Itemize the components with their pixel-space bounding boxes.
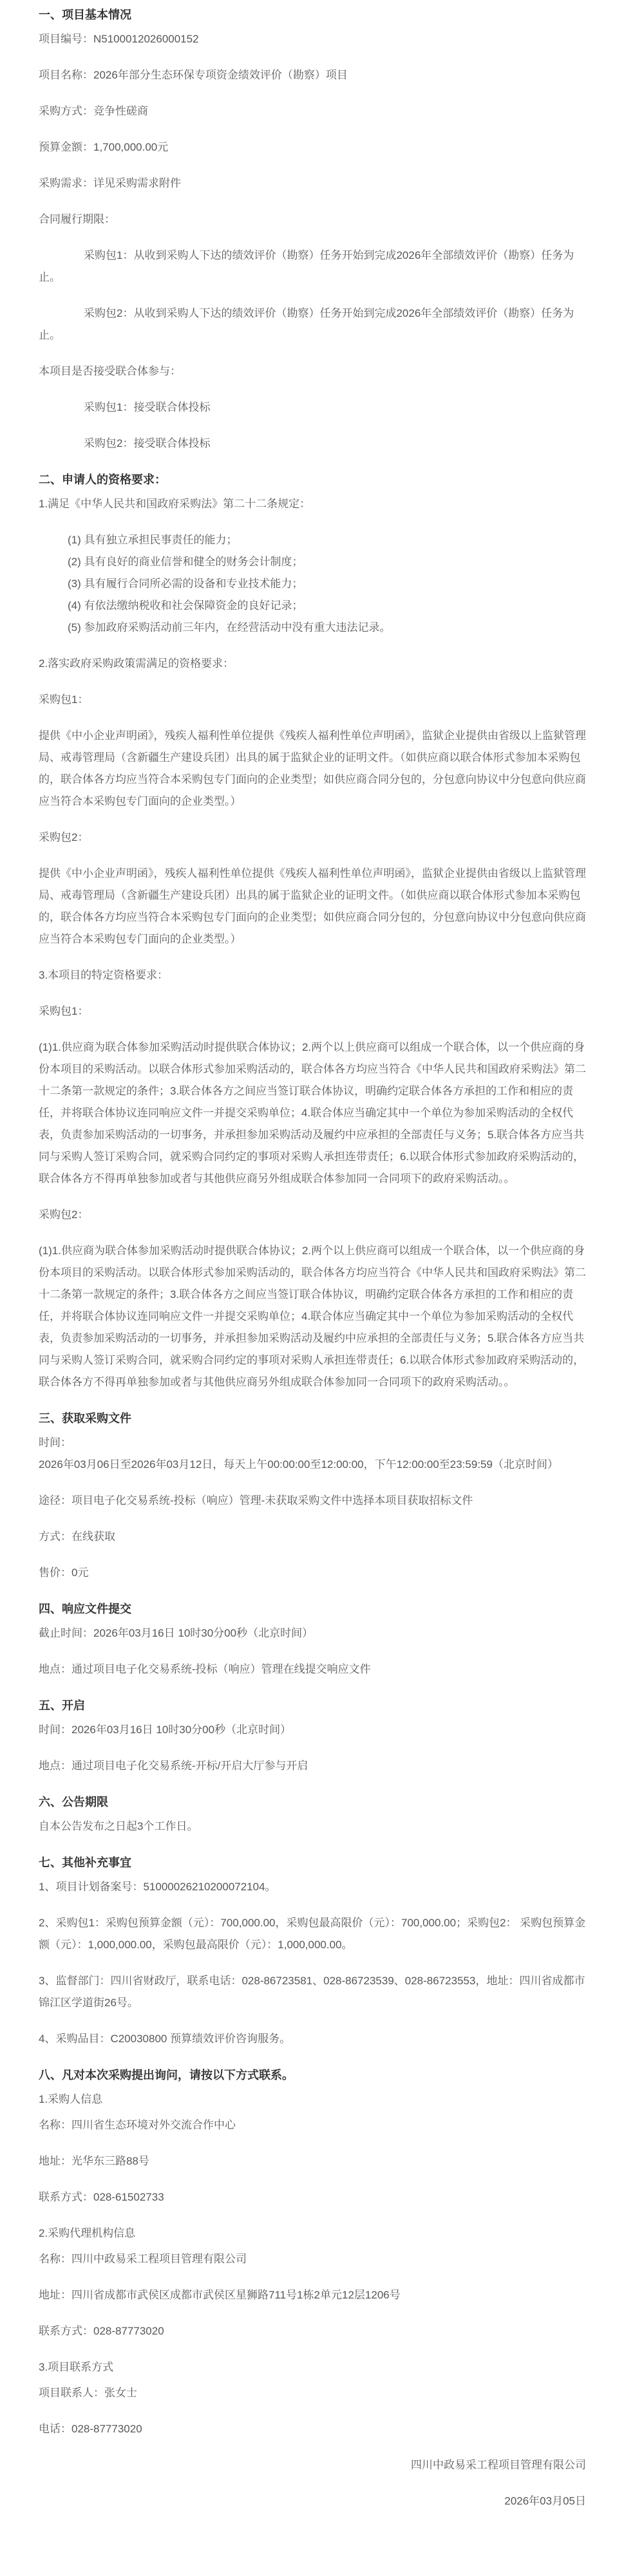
demand-value: 详见采购需求附件 xyxy=(93,177,181,189)
project-contact-subheading: 3.项目联系方式 xyxy=(39,2356,586,2378)
agent-name: 名称：四川中政易采工程项目管理有限公司 xyxy=(39,2248,586,2270)
agent-contact: 联系方式：028-87773020 xyxy=(39,2320,586,2342)
doc-obtain-price: 售价：0元 xyxy=(39,1562,586,1584)
buyer-contact: 联系方式：028-61502733 xyxy=(39,2186,586,2208)
buyer-address-label: 地址： xyxy=(39,2155,71,2167)
submission-place: 地点：通过项目电子化交易系统-投标（响应）管理在线提交响应文件 xyxy=(39,1659,586,1680)
specific-qualification-intro: 3.本项目的特定资格要求： xyxy=(39,964,586,986)
specific-package2-text: (1)1.供应商为联合体参加采购活动时提供联合体协议；2.两个以上供应商可以组成… xyxy=(39,1240,586,1393)
section-8-heading: 八、凡对本次采购提出询问，请按以下方式联系。 xyxy=(39,2064,586,2086)
opening-place-value: 通过项目电子化交易系统-开标/开启大厅参与开启 xyxy=(71,1760,308,1772)
procurement-announcement-document: 一、项目基本情况 项目编号：N5100012026000152 项目名称：202… xyxy=(0,0,624,2576)
project-contact-phone-value: 028-87773020 xyxy=(71,2423,142,2435)
section-7-heading: 七、其他补充事宜 xyxy=(39,1852,586,1874)
doc-obtain-method-value: 在线获取 xyxy=(71,1530,115,1543)
field-demand: 采购需求：详见采购需求附件 xyxy=(39,173,586,194)
submission-deadline-label: 截止时间： xyxy=(39,1627,93,1639)
supplement-item-3: 3、监督部门：四川省财政厅，联系电话：028-86723581、028-8672… xyxy=(39,1970,586,2014)
submission-place-value: 通过项目电子化交易系统-投标（响应）管理在线提交响应文件 xyxy=(71,1663,371,1675)
policy-package1-label: 采购包1： xyxy=(39,689,586,711)
section-1-heading: 一、项目基本情况 xyxy=(39,4,586,26)
buyer-name-value: 四川省生态环境对外交流合作中心 xyxy=(71,2119,236,2131)
announcement-period-text: 自本公告发布之日起3个工作日。 xyxy=(39,1816,586,1838)
agent-info-subheading: 2.采购代理机构信息 xyxy=(39,2223,586,2244)
qualification-item-1: (1) 具有独立承担民事责任的能力； xyxy=(39,529,586,551)
opening-place-label: 地点： xyxy=(39,1760,71,1772)
buyer-address-value: 光华东三路88号 xyxy=(71,2155,149,2167)
doc-obtain-method-label: 方式： xyxy=(39,1530,71,1543)
project-contact-phone-label: 电话： xyxy=(39,2423,71,2435)
package2-joint-bid: 采购包2：接受联合体投标 xyxy=(39,433,586,455)
package1-joint-bid: 采购包1：接受联合体投标 xyxy=(39,397,586,418)
project-contact-person-label: 项目联系人： xyxy=(39,2387,104,2399)
budget-label: 预算金额： xyxy=(39,141,93,153)
policy-qualification-intro: 2.落实政府采购政策需满足的资格要求： xyxy=(39,653,586,675)
section-5-heading: 五、开启 xyxy=(39,1695,586,1716)
field-project-code: 项目编号：N5100012026000152 xyxy=(39,28,586,50)
opening-time: 时间：2026年03月16日 10时30分00秒（北京时间） xyxy=(39,1719,586,1741)
field-project-name: 项目名称：2026年部分生态环保专项资金绩效评价（勘察）项目 xyxy=(39,64,586,86)
qualification-item-5: (5) 参加政府采购活动前三年内，在经营活动中没有重大违法记录。 xyxy=(39,617,586,639)
policy-package2-text: 提供《中小企业声明函》，残疾人福利性单位提供《残疾人福利性单位声明函》，监狱企业… xyxy=(39,863,586,950)
section-6-heading: 六、公告期限 xyxy=(39,1791,586,1813)
project-code-label: 项目编号： xyxy=(39,33,93,45)
doc-obtain-price-value: 0元 xyxy=(71,1566,88,1579)
qualification-law-intro: 1.满足《中华人民共和国政府采购法》第二十二条规定： xyxy=(39,493,586,515)
specific-package2-label: 采购包2： xyxy=(39,1204,586,1226)
package1-duration: 采购包1：从收到采购人下达的绩效评价（勘察）任务开始到完成2026年全部绩效评价… xyxy=(39,245,586,288)
policy-package1-text: 提供《中小企业声明函》，残疾人福利性单位提供《残疾人福利性单位声明函》，监狱企业… xyxy=(39,725,586,813)
policy-package2-label: 采购包2： xyxy=(39,827,586,849)
buyer-name-label: 名称： xyxy=(39,2119,71,2131)
section-3-heading: 三、获取采购文件 xyxy=(39,1407,586,1429)
agent-name-label: 名称： xyxy=(39,2253,71,2265)
specific-package1-label: 采购包1： xyxy=(39,1001,586,1022)
project-contact-phone: 电话：028-87773020 xyxy=(39,2418,586,2440)
agent-contact-value: 028-87773020 xyxy=(93,2325,164,2337)
doc-obtain-route-value: 项目电子化交易系统-投标（响应）管理-未获取采购文件中选择本项目获取招标文件 xyxy=(71,1494,473,1507)
buyer-name: 名称：四川省生态环境对外交流合作中心 xyxy=(39,2114,586,2136)
buyer-info-subheading: 1.采购人信息 xyxy=(39,2089,586,2111)
project-name-label: 项目名称： xyxy=(39,69,93,81)
submission-place-label: 地点： xyxy=(39,1663,71,1675)
supplement-item-4: 4、采购品目：C20030800 预算绩效评价咨询服务。 xyxy=(39,2028,586,2050)
agent-contact-label: 联系方式： xyxy=(39,2325,93,2337)
project-contact-person-value: 张女士 xyxy=(104,2387,137,2399)
supplement-item-2: 2、采购包1：采购包预算金额（元）：700,000.00，采购包最高限价（元）：… xyxy=(39,1912,586,1956)
qualification-item-2: (2) 具有良好的商业信誉和健全的财务会计制度； xyxy=(39,551,586,573)
buyer-address: 地址：光华东三路88号 xyxy=(39,2150,586,2172)
buyer-contact-value: 028-61502733 xyxy=(93,2191,164,2203)
doc-obtain-route-label: 途径： xyxy=(39,1494,71,1507)
procurement-method-label: 采购方式： xyxy=(39,105,93,117)
opening-time-value: 2026年03月16日 10时30分00秒（北京时间） xyxy=(71,1724,291,1736)
demand-label: 采购需求： xyxy=(39,177,93,189)
specific-package1-text: (1)1.供应商为联合体参加采购活动时提供联合体协议；2.两个以上供应商可以组成… xyxy=(39,1037,586,1190)
qualification-item-3: (3) 具有履行合同所必需的设备和专业技术能力； xyxy=(39,573,586,595)
footer-agency-signature: 四川中政易采工程项目管理有限公司 xyxy=(39,2454,586,2476)
package2-duration: 采购包2：从收到采购人下达的绩效评价（勘察）任务开始到完成2026年全部绩效评价… xyxy=(39,303,586,346)
footer-date: 2026年03月05日 xyxy=(39,2490,586,2512)
agent-address: 地址：四川省成都市武侯区成都市武侯区星狮路711号1栋2单元12层1206号 xyxy=(39,2284,586,2306)
section-4-heading: 四、响应文件提交 xyxy=(39,1598,586,1620)
field-budget: 预算金额：1,700,000.00元 xyxy=(39,136,586,158)
agent-address-value: 四川省成都市武侯区成都市武侯区星狮路711号1栋2单元12层1206号 xyxy=(71,2289,401,2301)
qualification-item-4: (4) 有依法缴纳税收和社会保障资金的良好记录； xyxy=(39,595,586,617)
opening-time-label: 时间： xyxy=(39,1724,71,1736)
field-procurement-method: 采购方式：竞争性磋商 xyxy=(39,100,586,122)
procurement-method-value: 竞争性磋商 xyxy=(93,105,148,117)
agent-name-value: 四川中政易采工程项目管理有限公司 xyxy=(71,2253,247,2265)
supplement-item-1: 1、项目计划备案号：51000026210200072104。 xyxy=(39,1876,586,1898)
doc-obtain-time-value: 2026年03月06日至2026年03月12日，每天上午00:00:00至12:… xyxy=(39,1458,558,1471)
submission-deadline: 截止时间：2026年03月16日 10时30分00秒（北京时间） xyxy=(39,1622,586,1644)
buyer-contact-label: 联系方式： xyxy=(39,2191,93,2203)
agent-address-label: 地址： xyxy=(39,2289,71,2301)
opening-place: 地点：通过项目电子化交易系统-开标/开启大厅参与开启 xyxy=(39,1755,586,1777)
doc-obtain-time: 时间：2026年03月06日至2026年03月12日，每天上午00:00:00至… xyxy=(39,1432,586,1476)
doc-obtain-price-label: 售价： xyxy=(39,1566,71,1579)
doc-obtain-route: 途径：项目电子化交易系统-投标（响应）管理-未获取采购文件中选择本项目获取招标文… xyxy=(39,1490,586,1512)
budget-value: 1,700,000.00元 xyxy=(93,141,168,153)
joint-bid-label: 本项目是否接受联合体参与： xyxy=(39,361,586,382)
project-name-value: 2026年部分生态环保专项资金绩效评价（勘察）项目 xyxy=(93,69,348,81)
section-2-heading: 二、申请人的资格要求： xyxy=(39,469,586,491)
submission-deadline-value: 2026年03月16日 10时30分00秒（北京时间） xyxy=(93,1627,313,1639)
doc-obtain-time-label: 时间： xyxy=(39,1436,71,1449)
doc-obtain-method: 方式：在线获取 xyxy=(39,1526,586,1548)
project-contact-person: 项目联系人：张女士 xyxy=(39,2382,586,2404)
project-code-value: N5100012026000152 xyxy=(93,33,199,45)
field-contract-duration-label: 合同履行期限： xyxy=(39,209,586,230)
